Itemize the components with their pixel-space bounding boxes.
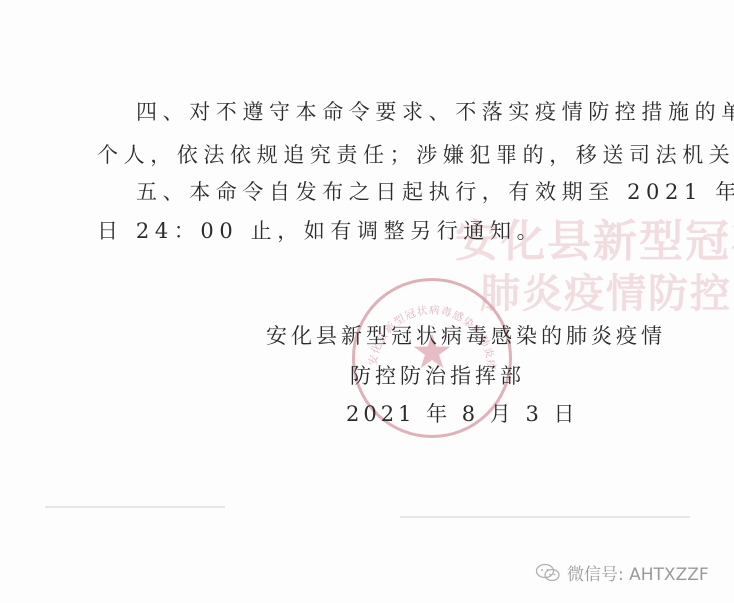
issuer-name-line-2: 防控防治指挥部 xyxy=(350,360,525,390)
fold-line-right xyxy=(400,516,690,518)
wechat-icon xyxy=(535,563,561,583)
document-page: 安化县新型冠状病毒感染的 肺炎疫情防控防治指挥部文件 四、对不遵守本命令要求、不… xyxy=(0,0,734,603)
fold-line-left xyxy=(45,506,225,508)
clause-4-line-2: 个人，依法依规追究责任；涉嫌犯罪的，移送司法机关处理。 xyxy=(97,139,734,169)
clause-5-line-1: 五、本命令自发布之日起执行，有效期至 2021 年 8 月 12 xyxy=(136,176,734,206)
clause-5-line-2: 日 24：00 止，如有调整另行通知。 xyxy=(97,215,543,245)
clause-4-line-1: 四、对不遵守本命令要求、不落实疫情防控措施的单位和 xyxy=(136,96,734,126)
wechat-id-label: 微信号: AHTXZZF xyxy=(567,560,709,585)
wechat-watermark: 微信号: AHTXZZF xyxy=(535,560,709,585)
bleed-through-text-line-2: 肺炎疫情防控防治指挥部文件 xyxy=(480,262,734,319)
issue-date: 2021 年 8 月 3 日 xyxy=(346,398,579,428)
issuer-name-line-1: 安化县新型冠状病毒感染的肺炎疫情 xyxy=(266,320,666,350)
